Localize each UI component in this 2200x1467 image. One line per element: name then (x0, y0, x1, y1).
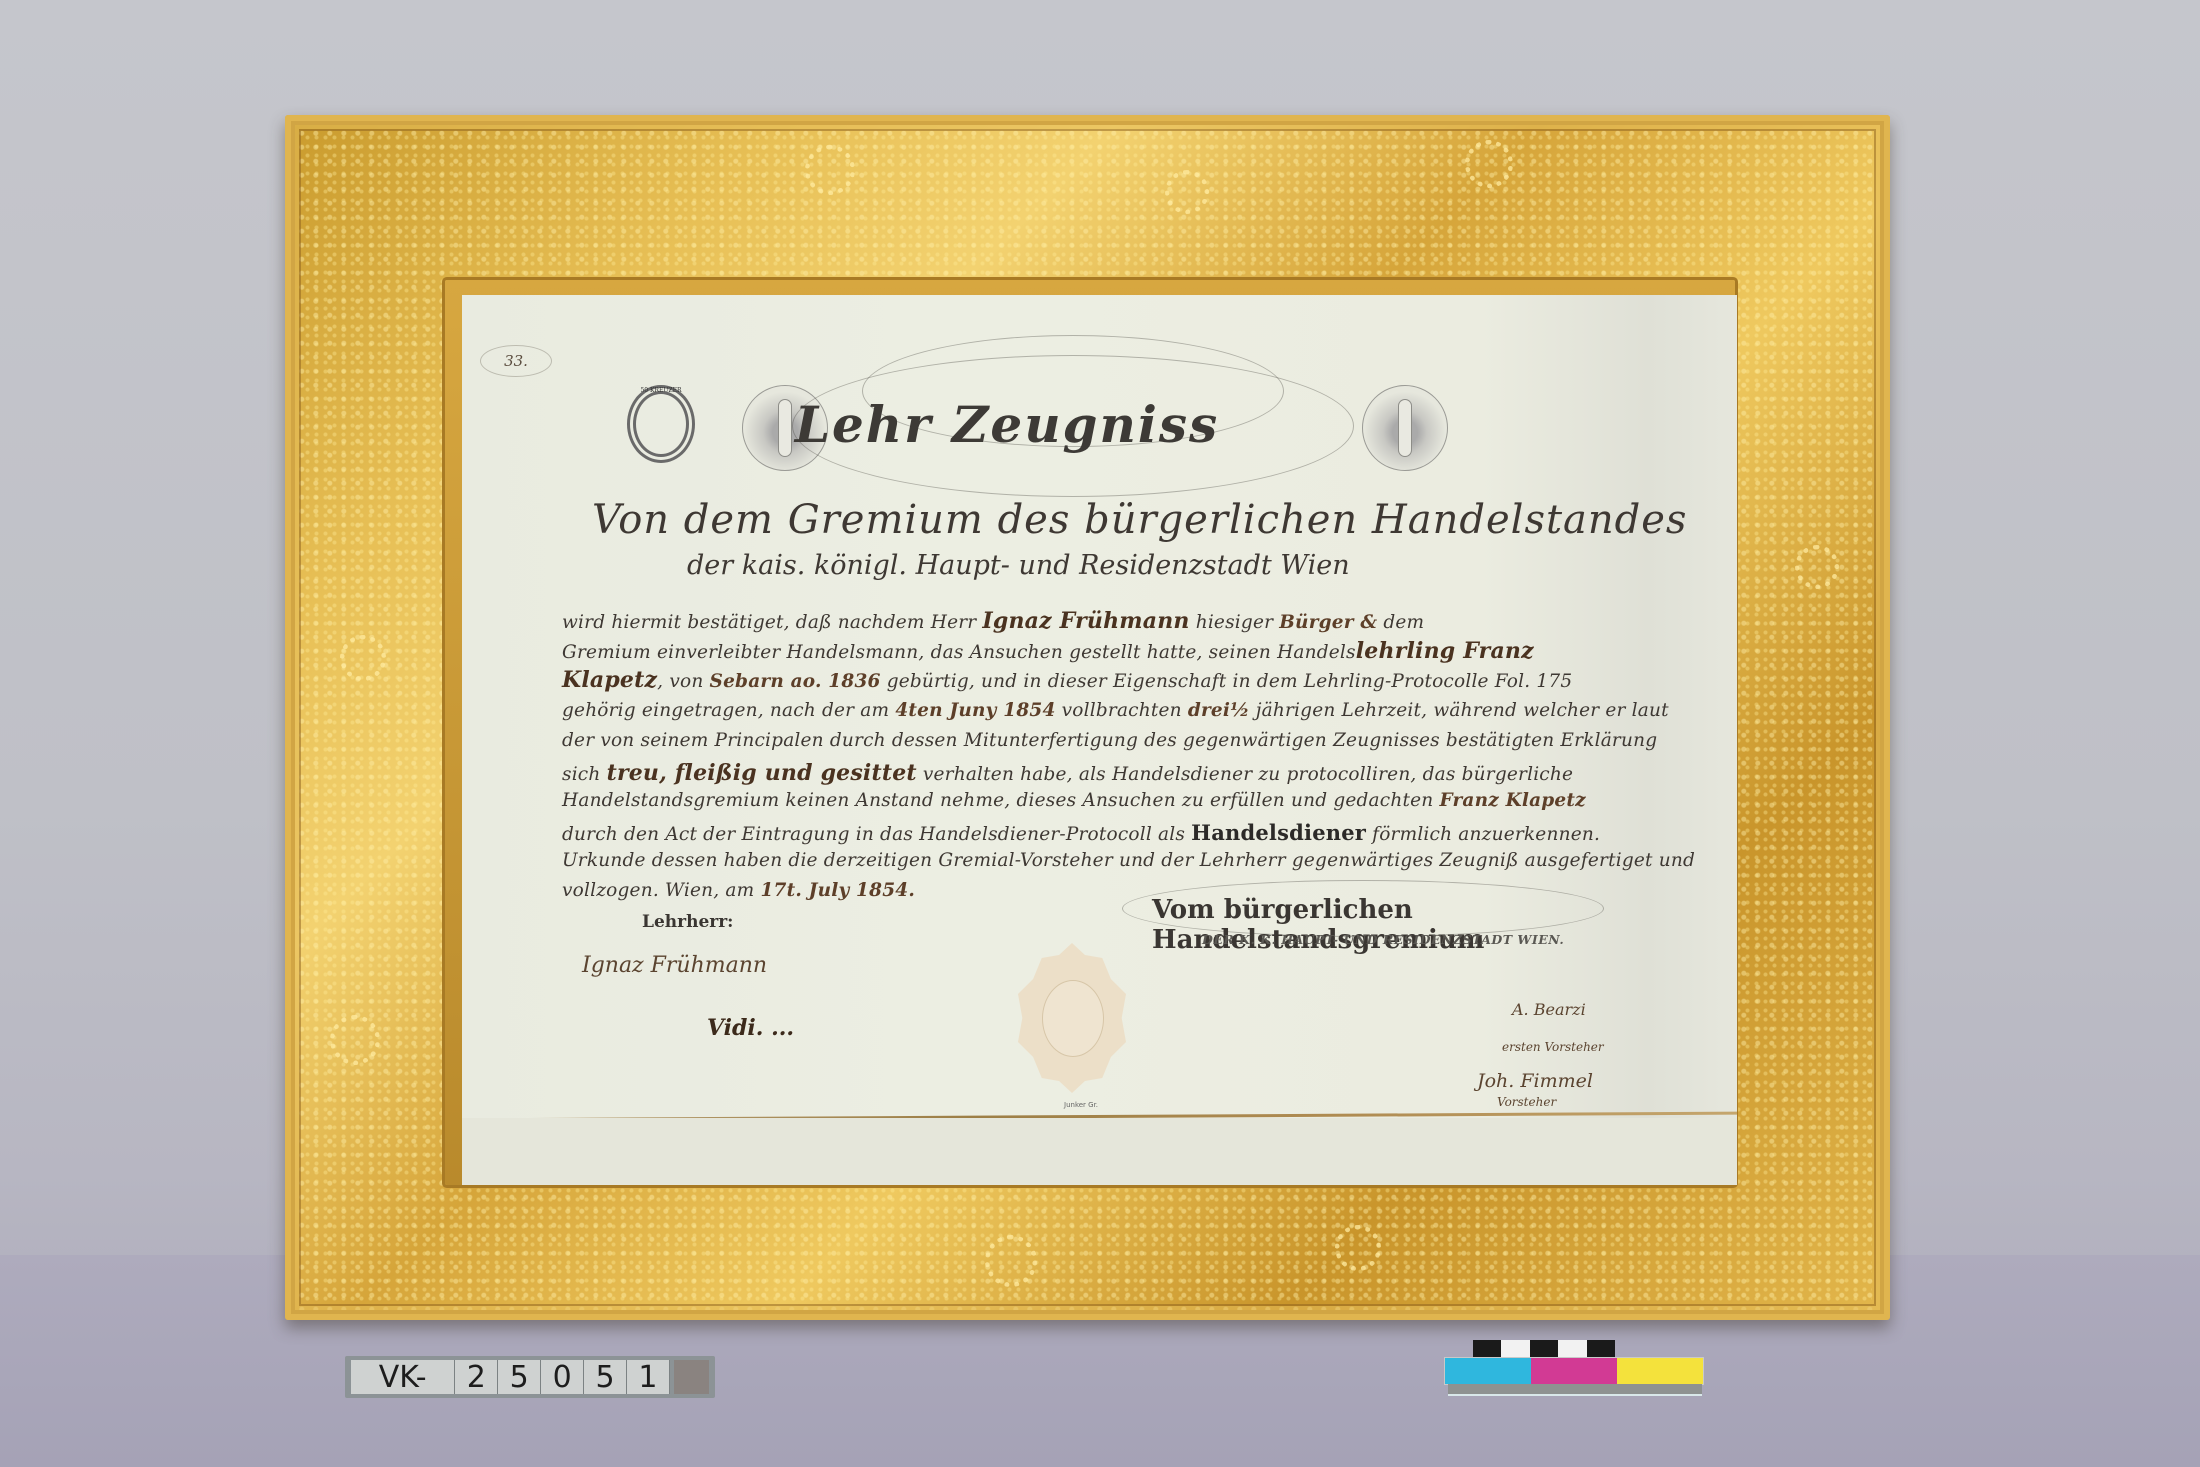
body-line-6: sich treu, fleißig und gesittet verhalte… (562, 760, 1737, 786)
color-reference-card (1445, 1340, 1705, 1404)
cyan-patch (1445, 1358, 1531, 1384)
seal-eagle-icon (1042, 980, 1104, 1057)
frame-rosette-icon (1795, 545, 1839, 589)
paper-lower-strip (462, 1118, 1737, 1185)
certificate-title: Lehr Zeugniss (762, 395, 1252, 454)
inventory-label: VK- 2 5 0 5 1 (345, 1356, 715, 1398)
frame-rosette-icon (1465, 140, 1513, 188)
handwritten-master-name: Ignaz Frühmann (982, 608, 1189, 634)
inventory-prefix: VK- (351, 1360, 455, 1394)
magenta-patch (1531, 1358, 1617, 1384)
frame-rosette-icon (805, 145, 855, 195)
handwritten-completion-date: 4ten Juny 1854 (895, 700, 1055, 721)
body-line-3: Klapetz, von Sebarn ao. 1836 gebürtig, u… (562, 667, 1737, 693)
inventory-blank-slot (674, 1360, 709, 1394)
fortuna-figure-icon (1399, 400, 1411, 456)
signature-vidi: Vidi. ... (707, 1015, 794, 1041)
signature-vorsteher-note: ersten Vorsteher (1502, 1040, 1604, 1054)
signature-vorsteher-2: Joh. Fimmel (1477, 1070, 1593, 1092)
black-patch (1530, 1340, 1558, 1357)
lehrherr-label: Lehrherr: (642, 912, 733, 932)
heading-city: der kais. königl. Haupt- und Residenzsta… (687, 550, 1737, 581)
engraver-mark: Junker Gr. (1064, 1101, 1098, 1109)
fortuna-vignette (1362, 385, 1448, 471)
inventory-mark: 33. (480, 345, 552, 377)
gray-patch (1448, 1384, 1702, 1396)
body-line-8: durch den Act der Eintragung in das Hand… (562, 820, 1737, 845)
body-line-4: gehörig eingetragen, nach der am 4ten Ju… (562, 700, 1737, 721)
handwritten-issue-date: 17t. July 1854. (760, 880, 915, 901)
issuer-subtitle: DER K. K. HAUPT- UND RESIDENZSTADT WIEN. (1202, 932, 1564, 947)
body-line-1: wird hiermit bestätiget, daß nachdem Her… (562, 608, 1737, 634)
handwritten-apprentice-first-name: lehrling Franz (1356, 638, 1534, 664)
inventory-digit: 5 (498, 1360, 541, 1394)
tax-stamp-text: 50 KREUZER (640, 387, 681, 394)
frame-rosette-icon (340, 635, 386, 681)
printed-handelsdiener: Handelsdiener (1191, 820, 1366, 845)
certificate-paper: 33. 50 KREUZER Lehr Zeugniss Von dem Gre… (462, 295, 1737, 1185)
inventory-digit: 2 (455, 1360, 498, 1394)
bw-patch-row (1473, 1340, 1615, 1357)
frame-rosette-icon (330, 1015, 380, 1065)
inventory-digit: 5 (584, 1360, 627, 1394)
heading-gremium: Von dem Gremium des bürgerlichen Handels… (592, 497, 1737, 543)
yellow-patch (1617, 1358, 1703, 1384)
white-patch (1501, 1340, 1529, 1357)
body-line-5: der von seinem Principalen durch dessen … (562, 730, 1737, 751)
signature-vorsteher-2-note: Vorsteher (1497, 1095, 1556, 1109)
frame-rosette-icon (985, 1235, 1037, 1287)
black-patch (1587, 1340, 1615, 1357)
handwritten-conduct: treu, fleißig und gesittet (607, 760, 917, 786)
white-patch (1558, 1340, 1586, 1357)
body-line-7: Handelstandsgremium keinen Anstand nehme… (562, 790, 1737, 811)
frame-rosette-icon (1335, 1225, 1381, 1271)
body-line-2: Gremium einverleibter Handelsmann, das A… (562, 638, 1737, 664)
inventory-digit: 0 (541, 1360, 584, 1394)
handwritten-apprentice-surname: Klapetz (562, 667, 657, 693)
cmy-patch-row (1445, 1358, 1703, 1384)
body-line-9: Urkunde dessen haben die derzeitigen Gre… (562, 850, 1737, 871)
inventory-digit: 1 (627, 1360, 670, 1394)
signature-lehrherr: Ignaz Frühmann (582, 953, 767, 978)
signature-vorsteher-1: A. Bearzi (1512, 1000, 1586, 1019)
black-patch (1473, 1340, 1501, 1357)
tax-stamp: 50 KREUZER (627, 385, 695, 463)
frame-rosette-icon (1165, 170, 1209, 214)
